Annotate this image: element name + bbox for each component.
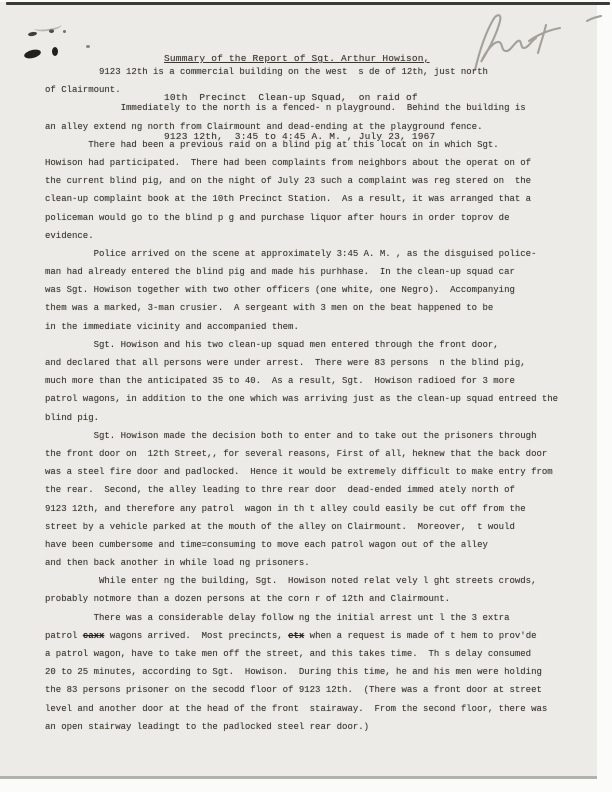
body-line: an alley extend ng north from Clairmount… xyxy=(45,118,590,136)
body-line: evidence. xyxy=(45,227,590,245)
body-line: Sgt. Howison made the decision both to e… xyxy=(45,427,590,445)
body-line: have been cumbersome and time=consuming … xyxy=(45,536,590,554)
body-line: While enter ng the building, Sgt. Howiso… xyxy=(45,572,590,590)
body-line: the front door on 12th Street,, for seve… xyxy=(45,445,590,463)
body-line: an open stairway leadingt to the padlock… xyxy=(45,718,590,736)
body-line: There had been a previous raid on a blin… xyxy=(45,136,590,154)
typed-over-text: caxx xyxy=(83,631,105,641)
body-line: Police arrived on the scene at approxima… xyxy=(45,245,590,263)
body-line: much more than the anticipated 35 to 40.… xyxy=(45,372,590,390)
body-line: policeman would go to the blind p g and … xyxy=(45,209,590,227)
body-line: Sgt. Howison and his two clean-up squad … xyxy=(45,336,590,354)
body-line: patrol caxx wagons arrived. Most precinc… xyxy=(45,627,590,645)
ink-smudge xyxy=(63,30,66,33)
ink-smudge xyxy=(86,45,90,48)
body-line: 9123 12th is a commercial building on th… xyxy=(45,63,590,81)
body-line: man had already entered the blind pig an… xyxy=(45,263,590,281)
scanned-document-page: Summary of the Report of Sgt. Arthur How… xyxy=(0,0,612,792)
body-line: clean-up complaint book at the 10th Prec… xyxy=(45,190,590,208)
body-line: patrol wagons, in addition to the one wh… xyxy=(45,390,590,408)
body-line: blind pig. xyxy=(45,409,590,427)
scan-edge-top xyxy=(6,2,610,5)
report-body: 9123 12th is a commercial building on th… xyxy=(45,63,590,736)
body-line: the rear. Second, the alley leading to t… xyxy=(45,481,590,499)
body-line: Howison had participated. There had been… xyxy=(45,154,590,172)
typed-over-text: etx xyxy=(288,631,304,641)
body-line: street by a vehicle parked at the mouth … xyxy=(45,518,590,536)
body-line: 9123 12th, and therefore any patrol wago… xyxy=(45,500,590,518)
body-line: in the immediate vicinity and accompanie… xyxy=(45,318,590,336)
body-line: 20 to 25 minutes, according to Sgt. Howi… xyxy=(45,663,590,681)
body-line: was a steel fire door and padlocked. Hen… xyxy=(45,463,590,481)
body-line: was Sgt. Howison together with two other… xyxy=(45,281,590,299)
body-line: the current blind pig, and on the night … xyxy=(45,172,590,190)
ink-smudge xyxy=(52,47,58,56)
body-line: and then back another in while load ng p… xyxy=(45,554,590,572)
body-line: the 83 persons prisoner on the secodd fl… xyxy=(45,681,590,699)
body-line: and declared that all persons were under… xyxy=(45,354,590,372)
body-line: a patrol wagon, have to take men off the… xyxy=(45,645,590,663)
body-line: level and another door at the head of th… xyxy=(45,700,590,718)
body-line: them was a marked, 3-man crusier. A serg… xyxy=(45,299,590,317)
scan-edge-bottom xyxy=(0,776,597,779)
body-line: probably notmore than a dozen persons at… xyxy=(45,590,590,608)
body-line: Immediately to the north is a fenced- n … xyxy=(45,99,590,117)
body-line: of Clairmount. xyxy=(45,81,590,99)
body-line: There was a considerable delay follow ng… xyxy=(45,609,590,627)
